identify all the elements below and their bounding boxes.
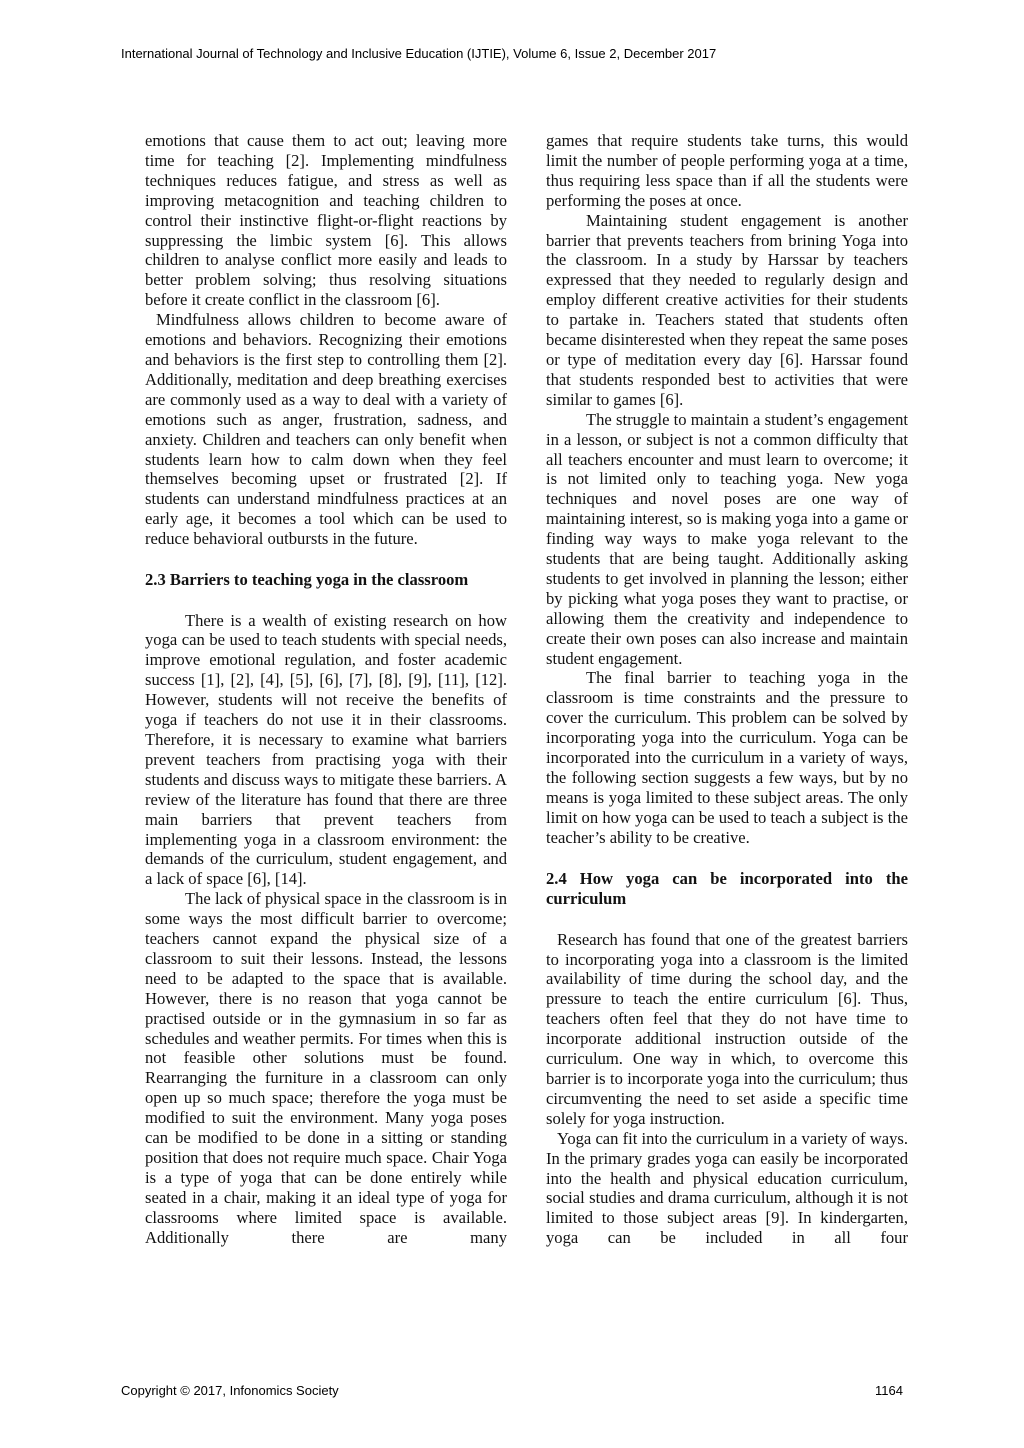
- page-number: 1164: [875, 1383, 903, 1398]
- body-paragraph: The lack of physical space in the classr…: [145, 889, 507, 1247]
- page-footer: Copyright © 2017, Infonomics Society 116…: [121, 1383, 903, 1398]
- body-paragraph: Mindfulness allows children to become aw…: [145, 310, 507, 549]
- body-paragraph: Yoga can fit into the curriculum in a va…: [546, 1129, 908, 1248]
- body-paragraph: There is a wealth of existing research o…: [145, 611, 507, 890]
- section-heading-2-4: 2.4 How yoga can be incorporated into th…: [546, 869, 908, 910]
- left-column: emotions that cause them to act out; lea…: [145, 131, 507, 1248]
- body-paragraph: Maintaining student engagement is anothe…: [546, 211, 908, 410]
- right-column: games that require students take turns, …: [546, 131, 908, 1248]
- body-paragraph: The final barrier to teaching yoga in th…: [546, 668, 908, 847]
- body-paragraph: emotions that cause them to act out; lea…: [145, 131, 507, 310]
- body-paragraph: The struggle to maintain a student’s eng…: [546, 410, 908, 669]
- copyright-text: Copyright © 2017, Infonomics Society: [121, 1383, 339, 1398]
- journal-header: International Journal of Technology and …: [121, 46, 921, 61]
- body-paragraph: games that require students take turns, …: [546, 131, 908, 211]
- section-heading-2-3: 2.3 Barriers to teaching yoga in the cla…: [145, 570, 507, 591]
- journal-page: International Journal of Technology and …: [0, 0, 1024, 1448]
- body-paragraph: Research has found that one of the great…: [546, 930, 908, 1129]
